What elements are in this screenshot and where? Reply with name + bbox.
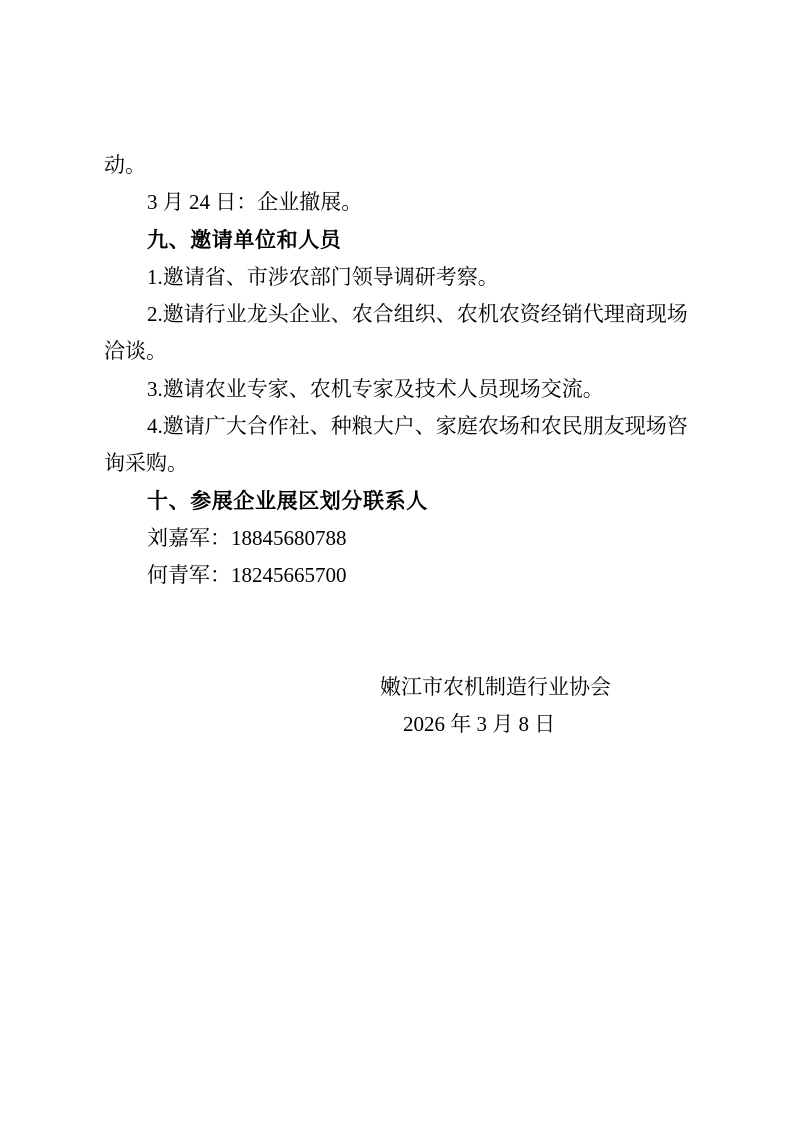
section-heading-ten: 十、参展企业展区划分联系人	[104, 483, 700, 520]
contact-line-he-qingjun: 何青军：18245665700	[104, 557, 700, 594]
document-page: 动。 3 月 24 日：企业撤展。 九、邀请单位和人员 1.邀请省、市涉农部门领…	[0, 0, 800, 1131]
document-body: 动。 3 月 24 日：企业撤展。 九、邀请单位和人员 1.邀请省、市涉农部门领…	[104, 147, 700, 744]
invite-item-3: 3.邀请农业专家、农机专家及技术人员现场交流。	[104, 371, 700, 408]
section-heading-nine: 九、邀请单位和人员	[104, 222, 700, 259]
invite-item-1: 1.邀请省、市涉农部门领导调研考察。	[104, 259, 700, 296]
invite-item-2-line-2: 洽谈。	[104, 333, 700, 370]
signature-block: 嫩江市农机制造行业协会 2026 年 3 月 8 日	[104, 669, 700, 744]
schedule-line-teardown: 3 月 24 日：企业撤展。	[104, 184, 700, 221]
contact-line-liu-jiajun: 刘嘉军：18845680788	[104, 520, 700, 557]
signature-date: 2026 年 3 月 8 日	[403, 706, 700, 743]
invite-item-4-line-1: 4.邀请广大合作社、种粮大户、家庭农场和农民朋友现场咨	[104, 408, 700, 445]
invite-item-2-line-1: 2.邀请行业龙头企业、农合组织、农机农资经销代理商现场	[104, 296, 700, 333]
invite-item-4-line-2: 询采购。	[104, 445, 700, 482]
signature-organization: 嫩江市农机制造行业协会	[380, 669, 700, 706]
paragraph-continuation-line: 动。	[104, 147, 700, 184]
